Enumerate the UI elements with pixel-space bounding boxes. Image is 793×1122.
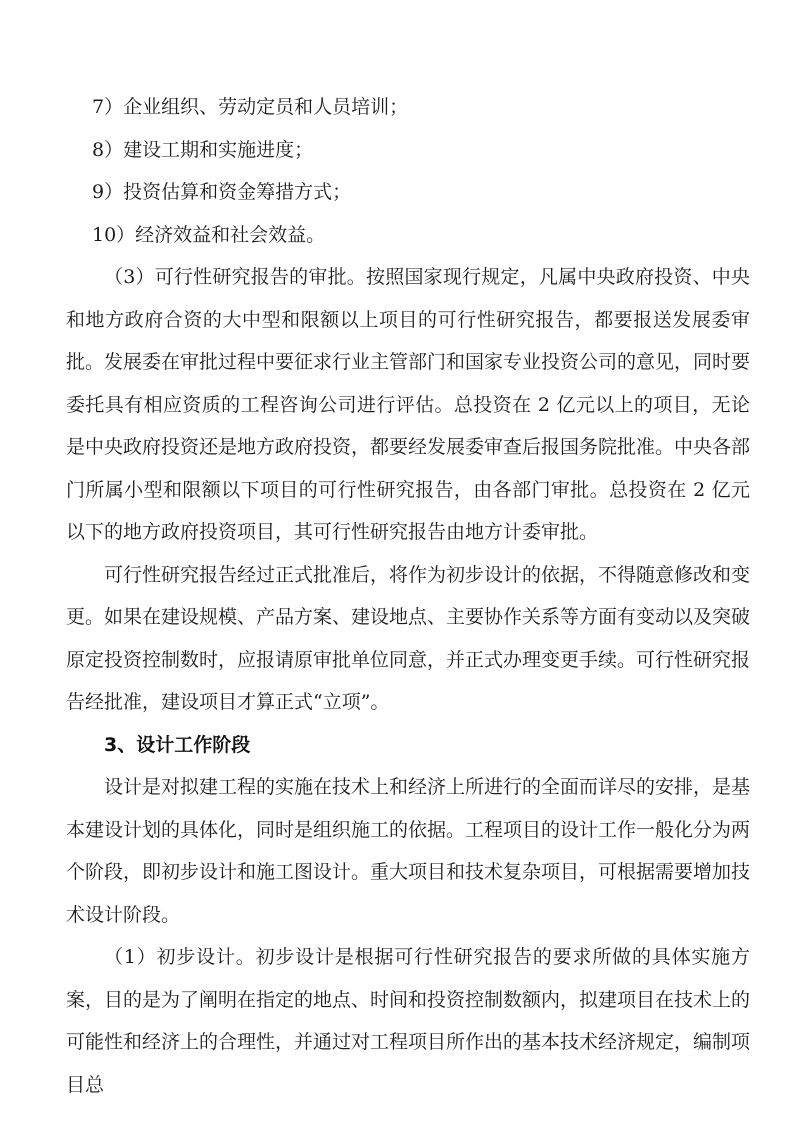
list-item-9: 9）投资估算和资金筹措方式； <box>66 171 750 214</box>
section-heading-design-stage: 3、设计工作阶段 <box>66 724 750 767</box>
list-item-10: 10）经济效益和社会效益。 <box>66 214 750 257</box>
document-page: 7）企业组织、劳动定员和人员培训； 8）建设工期和实施进度； 9）投资估算和资金… <box>0 0 793 1122</box>
list-item-7: 7）企业组织、劳动定员和人员培训； <box>66 86 750 129</box>
paragraph-after-approval: 可行性研究报告经过正式批准后，将作为初步设计的依据，不得随意修改和变更。如果在建… <box>66 554 750 724</box>
paragraph-preliminary-design: （1）初步设计。初步设计是根据可行性研究报告的要求所做的具体实施方案，目的是为了… <box>66 936 750 1106</box>
paragraph-approval: （3）可行性研究报告的审批。按照国家现行规定，凡属中央政府投资、中央和地方政府合… <box>66 256 750 554</box>
list-item-8: 8）建设工期和实施进度； <box>66 129 750 172</box>
paragraph-design-overview: 设计是对拟建工程的实施在技术上和经济上所进行的全面而详尽的安排，是基本建设计划的… <box>66 766 750 936</box>
